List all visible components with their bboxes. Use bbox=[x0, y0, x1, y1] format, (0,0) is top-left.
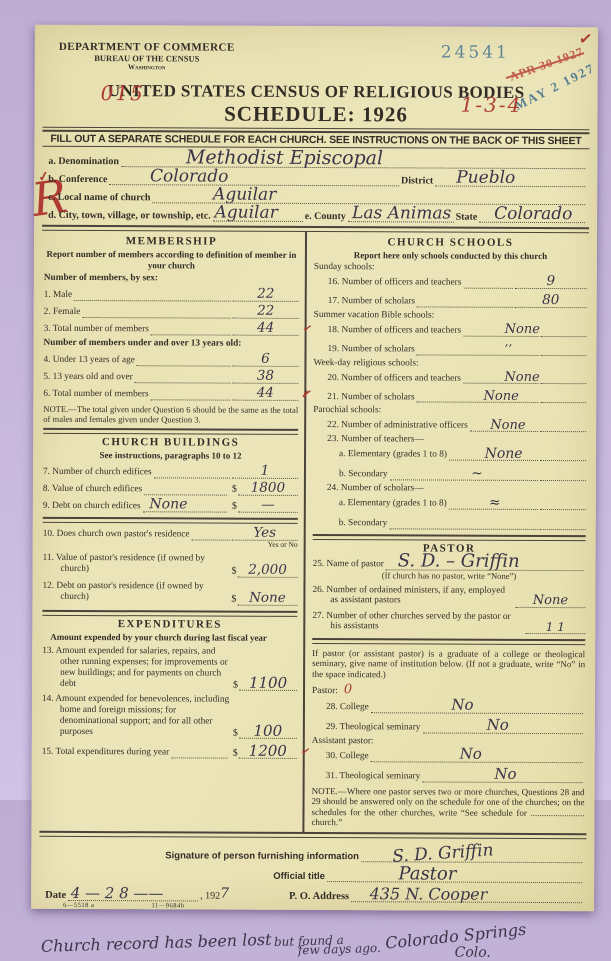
leader: ~ bbox=[389, 468, 538, 482]
red-code-left: 015 bbox=[101, 81, 145, 105]
q6-blank: 44 bbox=[232, 389, 298, 401]
leader: None bbox=[470, 419, 539, 432]
city-line: Aguilar bbox=[213, 209, 303, 222]
local-church-label: c. Local name of church bbox=[48, 192, 150, 203]
q24a-value: ≈ bbox=[489, 495, 501, 512]
graduate-note: If pastor (or assistant pastor) is a gra… bbox=[312, 647, 585, 680]
q10-row: 10. Does church own pastor's residence Y… bbox=[43, 527, 298, 541]
q26-blank: None bbox=[515, 595, 585, 607]
q8-currency: $ bbox=[232, 484, 237, 496]
q25-hint: (If church has no pastor, write “None”) bbox=[313, 570, 586, 581]
city-value: Aguilar bbox=[214, 203, 277, 223]
buildings-heading: CHURCH BUILDINGS bbox=[43, 436, 298, 450]
local-church-row: c. Local name of church Aguilar bbox=[48, 185, 587, 205]
q12-label: 12. Debt on pastor's residence (if owned… bbox=[42, 581, 234, 604]
q4-label: 4. Under 13 years of age bbox=[43, 355, 134, 366]
q5-blank: 38 bbox=[232, 372, 298, 384]
q10-blank: Yes bbox=[232, 529, 298, 541]
membership-note: NOTE.—The total given under Question 6 s… bbox=[43, 404, 298, 425]
q28-value: No bbox=[451, 697, 473, 715]
q6-value: 44 bbox=[232, 386, 298, 402]
section-divider bbox=[42, 610, 297, 617]
q21-label: 21. Number of scholars bbox=[313, 392, 414, 403]
q22-value: None bbox=[490, 418, 525, 433]
q19-label: 19. Number of scholars bbox=[313, 344, 414, 355]
pastor-sublabel: Pastor:0 bbox=[312, 682, 585, 699]
q5-value: 38 bbox=[232, 369, 298, 385]
city-row: d. City, town, village, or township, etc… bbox=[48, 203, 587, 223]
q8-value: 1800 bbox=[238, 481, 298, 497]
leader bbox=[151, 322, 231, 335]
leader: S. D. – Griffin bbox=[386, 558, 584, 572]
q17-label: 17. Number of scholars bbox=[314, 296, 415, 307]
q15-blank: 1200 bbox=[239, 747, 297, 759]
leader: None bbox=[449, 448, 538, 461]
instruction-banner: FILL OUT A SEPARATE SCHEDULE FOR EACH CH… bbox=[42, 133, 589, 147]
q8-row: 8. Value of church edifices $1800 bbox=[43, 482, 298, 496]
q27-label: 27. Number of other churches served by t… bbox=[312, 610, 519, 633]
right-column: CHURCH SCHOOLS Report here only schools … bbox=[302, 232, 589, 800]
leader bbox=[171, 746, 228, 759]
leader: ≈ bbox=[449, 497, 538, 510]
state-value: Colorado bbox=[494, 204, 572, 224]
leader bbox=[463, 275, 512, 288]
q25-label: 25. Name of pastor bbox=[313, 559, 384, 570]
leader bbox=[137, 353, 231, 366]
city-label: d. City, town, village, or township, etc… bbox=[48, 210, 211, 222]
q24-label: 24. Number of scholars— bbox=[313, 483, 586, 495]
q18-label: 18. Number of officers and teachers bbox=[314, 325, 462, 337]
leader bbox=[154, 465, 230, 478]
q8-label: 8. Value of church edifices bbox=[43, 484, 142, 495]
q25-value: S. D. – Griffin bbox=[398, 550, 520, 572]
q24a-label: a. Elementary (grades 1 to 8) bbox=[313, 498, 447, 510]
q12-currency: $ bbox=[231, 594, 236, 606]
q19-value: ’’ bbox=[504, 342, 512, 356]
q17-row: 17. Number of scholars 80 bbox=[314, 294, 587, 308]
q14-currency: $ bbox=[233, 727, 238, 739]
q14-blank: 100 bbox=[239, 727, 297, 739]
membership-group2: Number of members under and over 13 year… bbox=[44, 338, 299, 350]
q31-value: No bbox=[494, 766, 516, 784]
q7-value: 1 bbox=[232, 464, 298, 480]
q29-value: No bbox=[487, 717, 509, 735]
form-columns: MEMBERSHIP Report number of members acco… bbox=[39, 231, 589, 800]
leader bbox=[82, 305, 230, 319]
q9-inline-value: None bbox=[149, 497, 187, 514]
q1-label: 1. Male bbox=[44, 290, 72, 301]
membership-intro: Report number of members according to de… bbox=[44, 249, 299, 271]
q20-label: 20. Number of officers and teachers bbox=[313, 373, 461, 385]
q22-row: 22. Number of administrative officers No… bbox=[313, 418, 586, 432]
conference-value: Colorado bbox=[150, 166, 228, 186]
leader: No bbox=[422, 769, 582, 783]
pastor-sublabel-text: Pastor: bbox=[312, 686, 338, 696]
q16-value: 9 bbox=[515, 273, 587, 289]
q23b-value: ~ bbox=[471, 466, 483, 483]
section-divider bbox=[43, 428, 298, 435]
q21-row: ✓ 21. Number of scholars None bbox=[313, 389, 586, 403]
buildings-intro: See instructions, paragraphs 10 to 12 bbox=[43, 450, 298, 462]
q15-currency: $ bbox=[233, 747, 238, 759]
q23b-row: b. Secondary ~ bbox=[313, 467, 586, 481]
census-schedule-form: DEPARTMENT OF COMMERCE BUREAU OF THE CEN… bbox=[31, 25, 598, 800]
county-label: e. County bbox=[305, 211, 346, 222]
q23a-blank bbox=[540, 449, 586, 461]
leader bbox=[74, 288, 231, 302]
q28-label: 28. College bbox=[312, 702, 369, 713]
q11-label: 11. Value of pastor's residence (if owne… bbox=[43, 553, 235, 576]
section-divider bbox=[312, 637, 585, 644]
district-label: District bbox=[401, 175, 433, 186]
q12-row: 12. Debt on pastor's residence (if owned… bbox=[42, 581, 297, 606]
district-value: Pueblo bbox=[456, 168, 515, 188]
q24a-row: a. Elementary (grades 1 to 8) ≈ bbox=[313, 496, 586, 510]
pastor-red-mark: 0 bbox=[344, 682, 352, 697]
leader: None bbox=[143, 499, 227, 512]
q20-value: None bbox=[504, 370, 539, 385]
weekday-schools-group: Week-day religious schools: bbox=[313, 358, 586, 370]
leader: No bbox=[422, 720, 582, 734]
q9-blank: — bbox=[238, 501, 298, 513]
q15-row: 15. Total expenditures during year $1200… bbox=[42, 745, 297, 759]
conference-label: b. Conference bbox=[48, 174, 107, 185]
q4-row: 4. Under 13 years of age 6 bbox=[43, 353, 298, 367]
q24b-blank bbox=[540, 518, 586, 530]
district-line: Pueblo bbox=[435, 174, 585, 188]
q20-row: 20. Number of officers and teachers None bbox=[313, 370, 586, 384]
agency-block: DEPARTMENT OF COMMERCE BUREAU OF THE CEN… bbox=[59, 41, 235, 72]
agency-line3: Washington bbox=[59, 63, 235, 72]
q23b-label: b. Secondary bbox=[313, 469, 388, 480]
q7-blank: 1 bbox=[232, 467, 298, 479]
q25-row: 25. Name of pastor S. D. – Griffin bbox=[313, 557, 586, 571]
q5-label: 5. 13 years old and over bbox=[43, 372, 132, 383]
q16-blank: 9 bbox=[515, 276, 587, 288]
q22-label: 22. Number of administrative officers bbox=[313, 420, 468, 432]
q13-value: 1100 bbox=[239, 674, 297, 692]
q1-value: 22 bbox=[233, 287, 299, 303]
form-header: DEPARTMENT OF COMMERCE BUREAU OF THE CEN… bbox=[42, 25, 590, 149]
leader: No bbox=[371, 749, 583, 763]
agency-line1: DEPARTMENT OF COMMERCE bbox=[59, 41, 235, 54]
q27-value: 1 1 bbox=[525, 620, 585, 634]
q2-row: 2. Female 22 bbox=[44, 305, 299, 319]
q31-row: 31. Theological seminary No bbox=[312, 769, 585, 783]
leader bbox=[144, 482, 227, 495]
q5-row: 5. 13 years old and over 38 bbox=[43, 370, 298, 384]
leader: None bbox=[417, 390, 539, 404]
expenditures-intro: Amount expended by your church during la… bbox=[50, 632, 297, 644]
q29-row: 29. Theological seminary No bbox=[312, 720, 585, 734]
leader bbox=[135, 370, 231, 383]
q16-label: 16. Number of officers and teachers bbox=[314, 277, 462, 289]
section-divider bbox=[43, 517, 298, 524]
leader bbox=[417, 294, 513, 307]
q12-value: None bbox=[237, 591, 297, 607]
q17-value: 80 bbox=[515, 292, 587, 308]
county-line: Las Animas bbox=[348, 209, 454, 222]
q14-row: 14. Amount expended for benevolences, in… bbox=[42, 694, 297, 739]
q23a-label: a. Elementary (grades 1 to 8) bbox=[313, 449, 447, 461]
expenditures-heading: EXPENDITURES bbox=[42, 618, 297, 632]
q24b-row: b. Secondary bbox=[313, 516, 586, 530]
leader bbox=[389, 517, 538, 531]
q13-row: 13. Amount expended for salaries, repair… bbox=[42, 646, 297, 691]
q18-row: 18. Number of officers and teachers None bbox=[314, 323, 587, 337]
q8-blank: 1800 bbox=[238, 484, 298, 496]
q24b-label: b. Secondary bbox=[313, 518, 388, 529]
q13-label: 13. Amount expended for salaries, repair… bbox=[42, 646, 239, 691]
q2-value: 22 bbox=[233, 304, 299, 320]
q22-blank bbox=[540, 420, 586, 432]
leader: ’’ bbox=[417, 342, 539, 356]
q24a-blank bbox=[540, 498, 586, 510]
q18-value: None bbox=[505, 322, 540, 337]
q10-label: 10. Does church own pastor's residence bbox=[43, 529, 190, 541]
q1-blank: 22 bbox=[233, 290, 299, 302]
q4-blank: 6 bbox=[232, 355, 298, 367]
q19-blank bbox=[540, 344, 586, 356]
q26-value: None bbox=[515, 593, 585, 609]
leader bbox=[151, 387, 231, 400]
sunday-schools-group: Sunday schools: bbox=[314, 262, 587, 274]
q30-value: No bbox=[460, 746, 482, 764]
q2-label: 2. Female bbox=[44, 307, 81, 318]
q31-label: 31. Theological seminary bbox=[312, 771, 421, 782]
leader: No bbox=[371, 700, 583, 714]
q13-blank: 1100 bbox=[239, 679, 297, 691]
membership-heading: MEMBERSHIP bbox=[44, 235, 299, 249]
q1-row: 1. Male 22 bbox=[44, 288, 299, 302]
q23b-blank bbox=[540, 469, 586, 481]
q14-label: 14. Amount expended for benevolences, in… bbox=[42, 694, 239, 739]
schools-heading: CHURCH SCHOOLS bbox=[314, 236, 587, 250]
conference-row: b. Conference Colorado District Pueblo bbox=[48, 167, 587, 187]
q17-blank: 80 bbox=[515, 295, 587, 307]
q9-label: 9. Debt on church edifices bbox=[43, 501, 141, 512]
state-line: Colorado bbox=[479, 210, 585, 223]
q30-label: 30. College bbox=[312, 751, 369, 762]
q23a-value: None bbox=[485, 446, 523, 463]
red-code-right: 1-3-4 bbox=[461, 93, 523, 117]
q7-row: 7. Number of church edifices 1 bbox=[43, 465, 298, 479]
q23-label: 23. Number of teachers— bbox=[313, 434, 586, 446]
q21-value: None bbox=[483, 389, 518, 404]
summer-schools-group: Summer vacation Bible schools: bbox=[314, 310, 587, 322]
pastor-note: NOTE.—Where one pastor serves two or mor… bbox=[311, 786, 584, 800]
q7-label: 7. Number of church edifices bbox=[43, 467, 152, 478]
q19-row: 19. Number of scholars ’’ bbox=[313, 342, 586, 356]
q18-blank bbox=[541, 325, 587, 337]
state-label: State bbox=[456, 212, 478, 223]
leader: None bbox=[463, 323, 538, 336]
q9-value: — bbox=[238, 498, 298, 514]
leader: None bbox=[463, 371, 538, 384]
leader bbox=[191, 527, 229, 540]
q14-value: 100 bbox=[239, 722, 297, 740]
assistant-pastor-sublabel: Assistant pastor: bbox=[312, 736, 585, 748]
q12-blank: None bbox=[237, 593, 297, 605]
q30-row: 30. College No bbox=[312, 749, 585, 763]
red-check-icon: ✓ bbox=[578, 28, 594, 50]
left-column: MEMBERSHIP Report number of members acco… bbox=[39, 231, 305, 800]
q6-label: 6. Total number of members bbox=[43, 389, 148, 400]
q16-row: 16. Number of officers and teachers 9 bbox=[314, 275, 587, 289]
q20-blank bbox=[540, 372, 586, 384]
section-divider bbox=[313, 534, 586, 541]
identity-section: R ✓ a. Denomination Methodist Episcopal … bbox=[42, 147, 589, 227]
county-value: Las Animas bbox=[352, 203, 451, 223]
q27-blank: 1 1 bbox=[525, 621, 585, 633]
q26-label: 26. Number of ordained ministers, if any… bbox=[312, 584, 509, 607]
q3-row: 3. Total number of members 44✓ bbox=[44, 322, 299, 336]
q29-label: 29. Theological seminary bbox=[312, 722, 421, 733]
q9-row: 9. Debt on church edifices None $— bbox=[43, 499, 298, 513]
q11-row: 11. Value of pastor's residence (if owne… bbox=[43, 553, 298, 578]
q23a-row: a. Elementary (grades 1 to 8) None bbox=[313, 447, 586, 461]
q21-blank bbox=[540, 391, 586, 403]
q4-value: 6 bbox=[232, 352, 298, 368]
q3-blank: 44 bbox=[233, 324, 299, 336]
q10-value: Yes bbox=[232, 526, 298, 542]
q11-blank: 2,000 bbox=[238, 565, 298, 577]
denomination-row: a. Denomination Methodist Episcopal bbox=[48, 149, 587, 169]
q6-row: 6. Total number of members 44✓ bbox=[43, 387, 298, 401]
q15-value: 1200 bbox=[239, 742, 297, 760]
q2-blank: 22 bbox=[233, 307, 299, 319]
q26-row: 26. Number of ordained ministers, if any… bbox=[312, 584, 585, 607]
parochial-schools-group: Parochial schools: bbox=[313, 405, 586, 417]
q11-currency: $ bbox=[232, 566, 237, 578]
q13-currency: $ bbox=[233, 679, 238, 691]
denomination-label: a. Denomination bbox=[48, 156, 119, 167]
serial-number-stamp: 24541 bbox=[441, 43, 510, 63]
q11-value: 2,000 bbox=[238, 563, 298, 579]
q15-label: 15. Total expenditures during year bbox=[42, 747, 170, 759]
schools-intro: Report here only schools conducted by th… bbox=[314, 250, 587, 262]
membership-group1: Number of members, by sex: bbox=[44, 273, 299, 285]
q27-row: 27. Number of other churches served by t… bbox=[312, 610, 585, 633]
q3-value: 44 bbox=[233, 321, 299, 337]
q28-row: 28. College No bbox=[312, 700, 585, 714]
q3-label: 3. Total number of members bbox=[44, 324, 149, 335]
q9-currency: $ bbox=[232, 501, 237, 513]
